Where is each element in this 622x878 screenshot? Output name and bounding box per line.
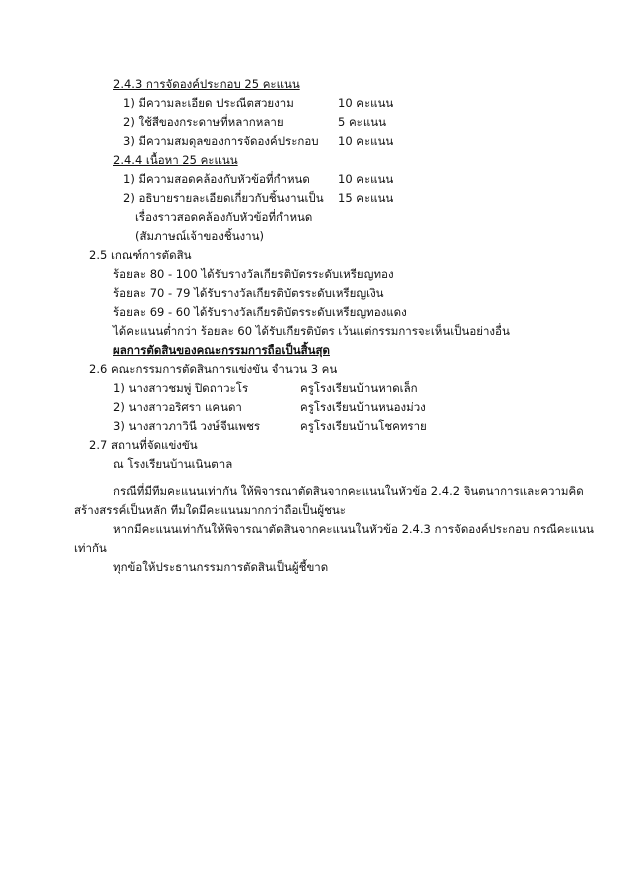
chairman-note: ทุกข้อให้ประธานกรรมการตัดสินเป็นผู้ชี้ขา… <box>113 558 328 577</box>
criteria-text: 1) มีความละเอียด ประณีตสวยงาม <box>123 96 294 110</box>
judge-name: 2) นางสาวอริศรา แคนดา <box>113 400 242 414</box>
section-heading-2-4-4: 2.4.4 เนื้อหา 25 คะแนน <box>113 151 238 170</box>
criteria-text: 2) อธิบายรายละเอียดเกี่ยวกับชิ้นงานเป็น <box>123 191 324 205</box>
final-decision-note: ผลการตัดสินของคณะกรรมการถือเป็นสิ้นสุด <box>113 341 330 360</box>
criteria-item: 1) มีความละเอียด ประณีตสวยงาม 10 คะแนน <box>123 94 603 113</box>
judge-name: 3) นางสาวภาวินี วงษ์จีนเพชร <box>113 419 260 433</box>
criteria-item: 1) มีความสอดคล้องกับหัวข้อที่กำหนด 10 คะ… <box>123 170 603 189</box>
criteria-score: 5 คะแนน <box>338 113 386 132</box>
grading-line: ร้อยละ 70 - 79 ได้รับรางวัลเกียรติบัตรระ… <box>113 284 384 303</box>
tiebreak-note-line: เท่ากัน <box>74 539 107 558</box>
section-heading-2-4-3: 2.4.3 การจัดองค์ประกอบ 25 คะแนน <box>113 75 300 94</box>
judge-row: 1) นางสาวชมพู่ ปิดถาวะโร ครูโรงเรียนบ้าน… <box>113 379 593 398</box>
judge-row: 3) นางสาวภาวินี วงษ์จีนเพชร ครูโรงเรียนบ… <box>113 417 593 436</box>
criteria-score: 10 คะแนน <box>338 132 393 151</box>
criteria-score: 10 คะแนน <box>338 170 393 189</box>
tiebreak-note-line: กรณีที่มีทีมคะแนนเท่ากัน ให้พิจารณาตัดสิ… <box>113 482 584 501</box>
grading-line: ได้คะแนนต่ำกว่า ร้อยละ 60 ได้รับเกียรติบ… <box>113 322 510 341</box>
section-heading-2-6: 2.6 คณะกรรมการตัดสินการแข่งขัน จำนวน 3 ค… <box>89 360 337 379</box>
judge-name: 1) นางสาวชมพู่ ปิดถาวะโร <box>113 381 248 395</box>
criteria-item: 2) อธิบายรายละเอียดเกี่ยวกับชิ้นงานเป็น … <box>123 189 603 208</box>
grading-line: ร้อยละ 69 - 60 ได้รับรางวัลเกียรติบัตรระ… <box>113 303 407 322</box>
criteria-continuation: (สัมภาษณ์เจ้าของชิ้นงาน) <box>135 227 264 246</box>
criteria-text: 1) มีความสอดคล้องกับหัวข้อที่กำหนด <box>123 172 310 186</box>
tiebreak-note-line: สร้างสรรค์เป็นหลัก ทีมใดมีคะแนนมากกว่าถื… <box>74 501 346 520</box>
tiebreak-note-line: หากมีคะแนนเท่ากันให้พิจารณาตัดสินจากคะแน… <box>113 520 594 539</box>
criteria-item: 2) ใช้สีของกระดาษที่หลากหลาย 5 คะแนน <box>123 113 603 132</box>
judge-row: 2) นางสาวอริศรา แคนดา ครูโรงเรียนบ้านหนอ… <box>113 398 593 417</box>
judge-role: ครูโรงเรียนบ้านหาดเล็ก <box>300 379 418 398</box>
criteria-text: 2) ใช้สีของกระดาษที่หลากหลาย <box>123 115 284 129</box>
criteria-text: 3) มีความสมดุลของการจัดองค์ประกอบ <box>123 134 319 148</box>
venue-text: ณ โรงเรียนบ้านเนินตาล <box>113 455 232 474</box>
criteria-score: 10 คะแนน <box>338 94 393 113</box>
criteria-score: 15 คะแนน <box>338 189 393 208</box>
criteria-item: 3) มีความสมดุลของการจัดองค์ประกอบ 10 คะแ… <box>123 132 603 151</box>
grading-line: ร้อยละ 80 - 100 ได้รับรางวัลเกียรติบัตรร… <box>113 265 394 284</box>
section-heading-2-7: 2.7 สถานที่จัดแข่งขัน <box>89 436 198 455</box>
judge-role: ครูโรงเรียนบ้านโชคทราย <box>300 417 427 436</box>
judge-role: ครูโรงเรียนบ้านหนองม่วง <box>300 398 426 417</box>
criteria-continuation: เรื่องราวสอดคล้องกับหัวข้อที่กำหนด <box>135 208 312 227</box>
section-heading-2-5: 2.5 เกณฑ์การตัดสิน <box>89 246 191 265</box>
